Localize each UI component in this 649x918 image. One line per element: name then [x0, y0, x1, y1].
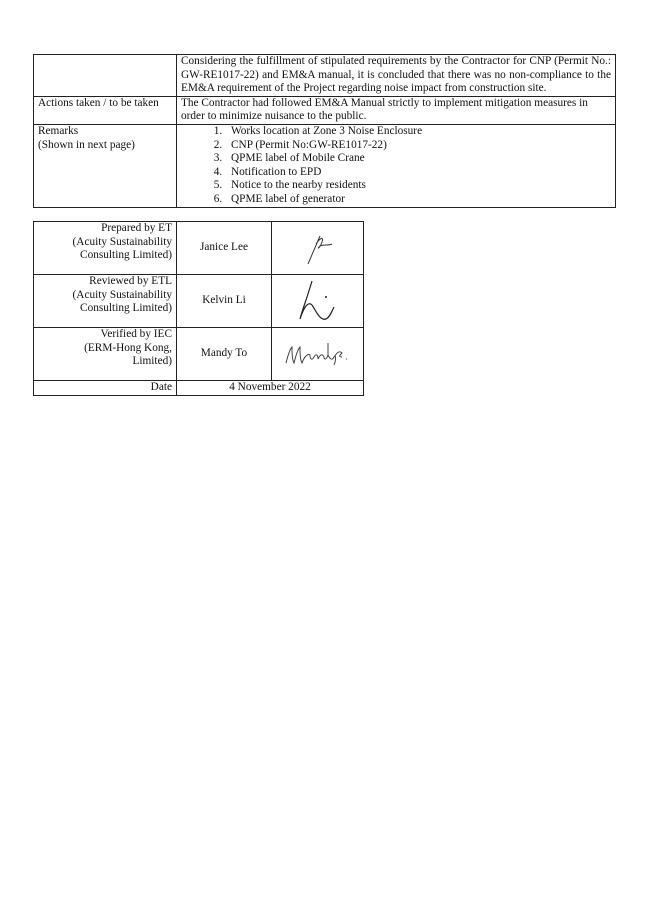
signature-cell [272, 275, 364, 328]
remarks-list: Works location at Zone 3 Noise Enclosure… [181, 125, 611, 207]
signature-kelvin-li-icon [294, 277, 342, 325]
signoff-row-verified: Verified by IEC (ERM-Hong Kong, Limited)… [34, 328, 364, 381]
remarks-item: Notice to the nearby residents [225, 179, 611, 193]
role-title: Reviewed by ETL [38, 275, 172, 289]
conclusion-text: Considering the fulfillment of stipulate… [177, 55, 616, 97]
findings-table: Considering the fulfillment of stipulate… [33, 54, 616, 208]
date-label: Date [34, 381, 177, 396]
remarks-row: Remarks (Shown in next page) Works locat… [34, 124, 616, 207]
role-cell: Prepared by ET (Acuity Sustainability Co… [34, 222, 177, 275]
conclusion-row: Considering the fulfillment of stipulate… [34, 55, 616, 97]
signature-cell [272, 222, 364, 275]
remarks-sublabel: (Shown in next page) [38, 139, 172, 153]
role-cell: Reviewed by ETL (Acuity Sustainability C… [34, 275, 177, 328]
role-org: (Acuity Sustainability [38, 236, 172, 250]
remarks-list-cell: Works location at Zone 3 Noise Enclosure… [177, 124, 616, 207]
signer-name: Kelvin Li [177, 275, 272, 328]
signature-cell [272, 328, 364, 381]
role-org: Consulting Limited) [38, 302, 172, 316]
signature-janice-lee-icon [298, 228, 338, 268]
actions-row: Actions taken / to be taken The Contract… [34, 96, 616, 124]
remarks-item: QPME label of generator [225, 193, 611, 207]
role-org: Consulting Limited) [38, 249, 172, 263]
remarks-item: CNP (Permit No:GW-RE1017-22) [225, 139, 611, 153]
signer-name: Mandy To [177, 328, 272, 381]
remarks-label: Remarks [38, 125, 172, 139]
signer-name: Janice Lee [177, 222, 272, 275]
role-org: (Acuity Sustainability [38, 289, 172, 303]
signoff-row-reviewed: Reviewed by ETL (Acuity Sustainability C… [34, 275, 364, 328]
actions-text: The Contractor had followed EM&A Manual … [177, 96, 616, 124]
role-title: Verified by IEC [38, 328, 172, 342]
remarks-label-cell: Remarks (Shown in next page) [34, 124, 177, 207]
conclusion-label [34, 55, 177, 97]
remarks-item: QPME label of Mobile Crane [225, 152, 611, 166]
date-value: 4 November 2022 [177, 381, 364, 396]
remarks-item: Works location at Zone 3 Noise Enclosure [225, 125, 611, 139]
role-org: (ERM-Hong Kong, [38, 342, 172, 356]
remarks-item: Notification to EPD [225, 166, 611, 180]
role-title: Prepared by ET [38, 222, 172, 236]
signoff-table: Prepared by ET (Acuity Sustainability Co… [33, 221, 364, 396]
role-cell: Verified by IEC (ERM-Hong Kong, Limited) [34, 328, 177, 381]
role-org: Limited) [38, 355, 172, 369]
actions-label: Actions taken / to be taken [34, 96, 177, 124]
signoff-row-prepared: Prepared by ET (Acuity Sustainability Co… [34, 222, 364, 275]
signoff-row-date: Date 4 November 2022 [34, 381, 364, 396]
signature-mandy-to-icon [282, 339, 354, 369]
